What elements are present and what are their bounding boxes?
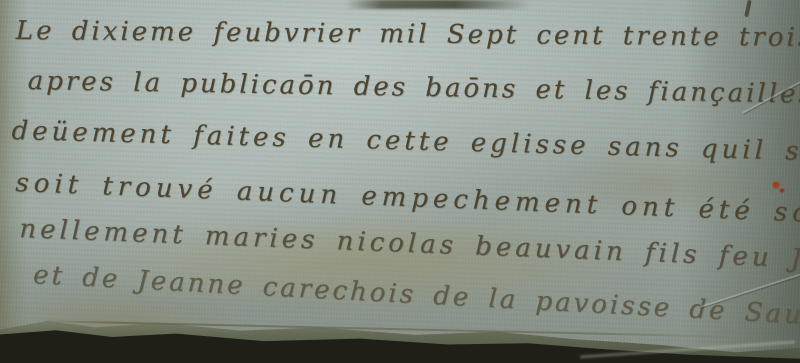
top-pen-stroke [744, 0, 751, 17]
torn-edge-highlight [580, 341, 795, 359]
red-ink-spot-small [779, 188, 785, 193]
manuscript-line-1: Le dixieme feubvrier mil Sept cent trent… [16, 16, 800, 53]
top-ink-smudge [345, 0, 530, 9]
manuscript-line-2: apres la publicaōn des baōns et les fian… [27, 66, 800, 111]
faint-ruled-line [38, 320, 728, 338]
manuscript-line-3: deüement faites en cette eglisse sans qu… [11, 116, 800, 167]
manuscript-page: Le dixieme feubvrier mil Sept cent trent… [0, 0, 800, 363]
